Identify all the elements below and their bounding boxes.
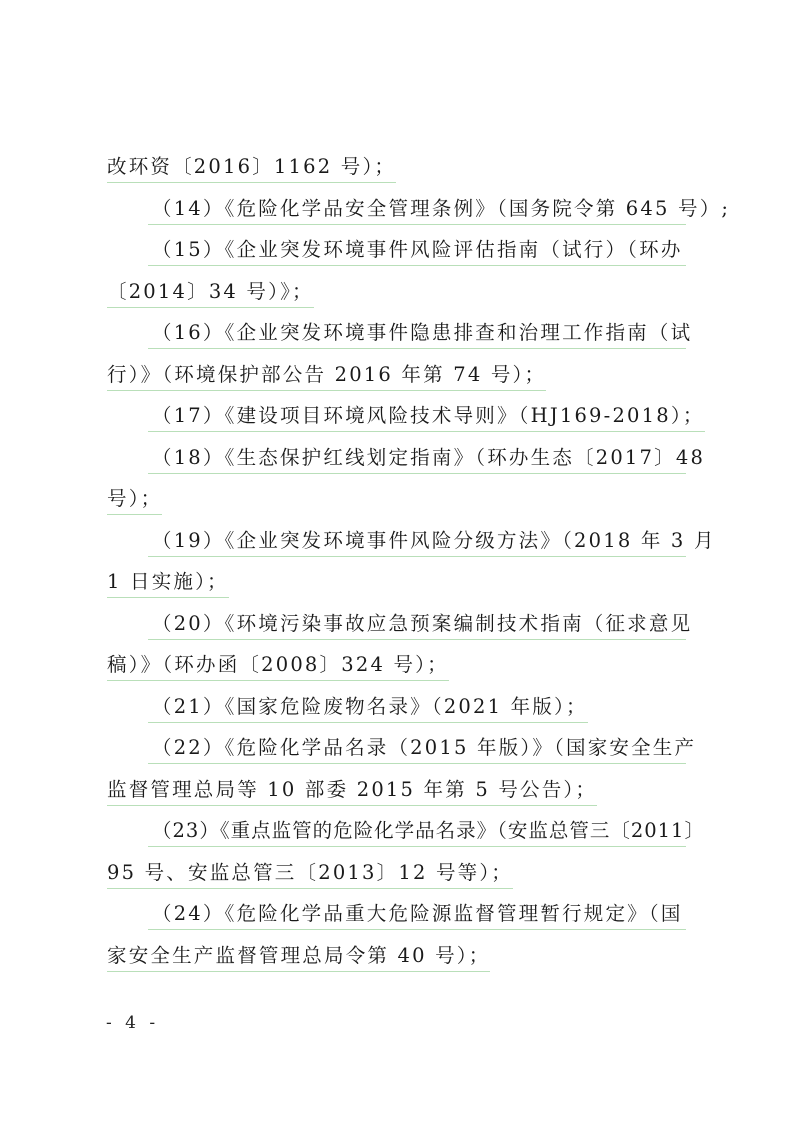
text-line-4: 〔2014〕34 号）》； [107, 277, 314, 308]
text-line-5: （16）《企业突发环境事件隐患排查和治理工作指南（试 [148, 318, 686, 349]
text-line-20: 家安全生产监督管理总局令第 40 号）； [107, 941, 490, 972]
text-line-8: （18）《生态保护红线划定指南》（环办生态〔2017〕48 [148, 443, 686, 474]
text-line-10: （19）《企业突发环境事件风险分级方法》（2018 年 3 月 [148, 526, 686, 557]
text-line-17: （23）《重点监管的危险化学品名录》（安监总管三〔2011〕 [148, 816, 686, 847]
text-line-3: （15）《企业突发环境事件风险评估指南（试行）（环办 [148, 235, 686, 266]
text-line-12: （20）《环境污染事故应急预案编制技术指南（征求意见 [148, 609, 686, 640]
text-line-19: （24）《危险化学品重大危险源监督管理暂行规定》（国 [148, 899, 686, 930]
text-line-13: 稿）》（环办函〔2008〕324 号）； [107, 650, 449, 681]
text-line-16: 监督管理总局等 10 部委 2015 年第 5 号公告）； [107, 775, 597, 806]
text-line-1: 改环资〔2016〕1162 号）； [107, 152, 396, 183]
text-line-7: （17）《建设项目环境风险技术导则》（HJ169-2018）； [148, 401, 705, 432]
text-line-18: 95 号、安监总管三〔2013〕12 号等）； [107, 858, 513, 889]
text-line-6: 行）》（环境保护部公告 2016 年第 74 号）； [107, 360, 546, 391]
text-line-2: （14）《危险化学品安全管理条例》（国务院令第 645 号）; [148, 194, 686, 225]
page-number: - 4 - [106, 1013, 159, 1033]
document-page: 改环资〔2016〕1162 号）； （14）《危险化学品安全管理条例》（国务院令… [0, 0, 793, 1122]
text-line-14: （21）《国家危险废物名录》（2021 年版）； [148, 692, 588, 723]
text-line-15: （22）《危险化学品名录（2015 年版）》（国家安全生产 [148, 733, 686, 764]
text-line-11: 1 日实施）； [107, 567, 229, 598]
text-line-9: 号）； [107, 484, 162, 515]
